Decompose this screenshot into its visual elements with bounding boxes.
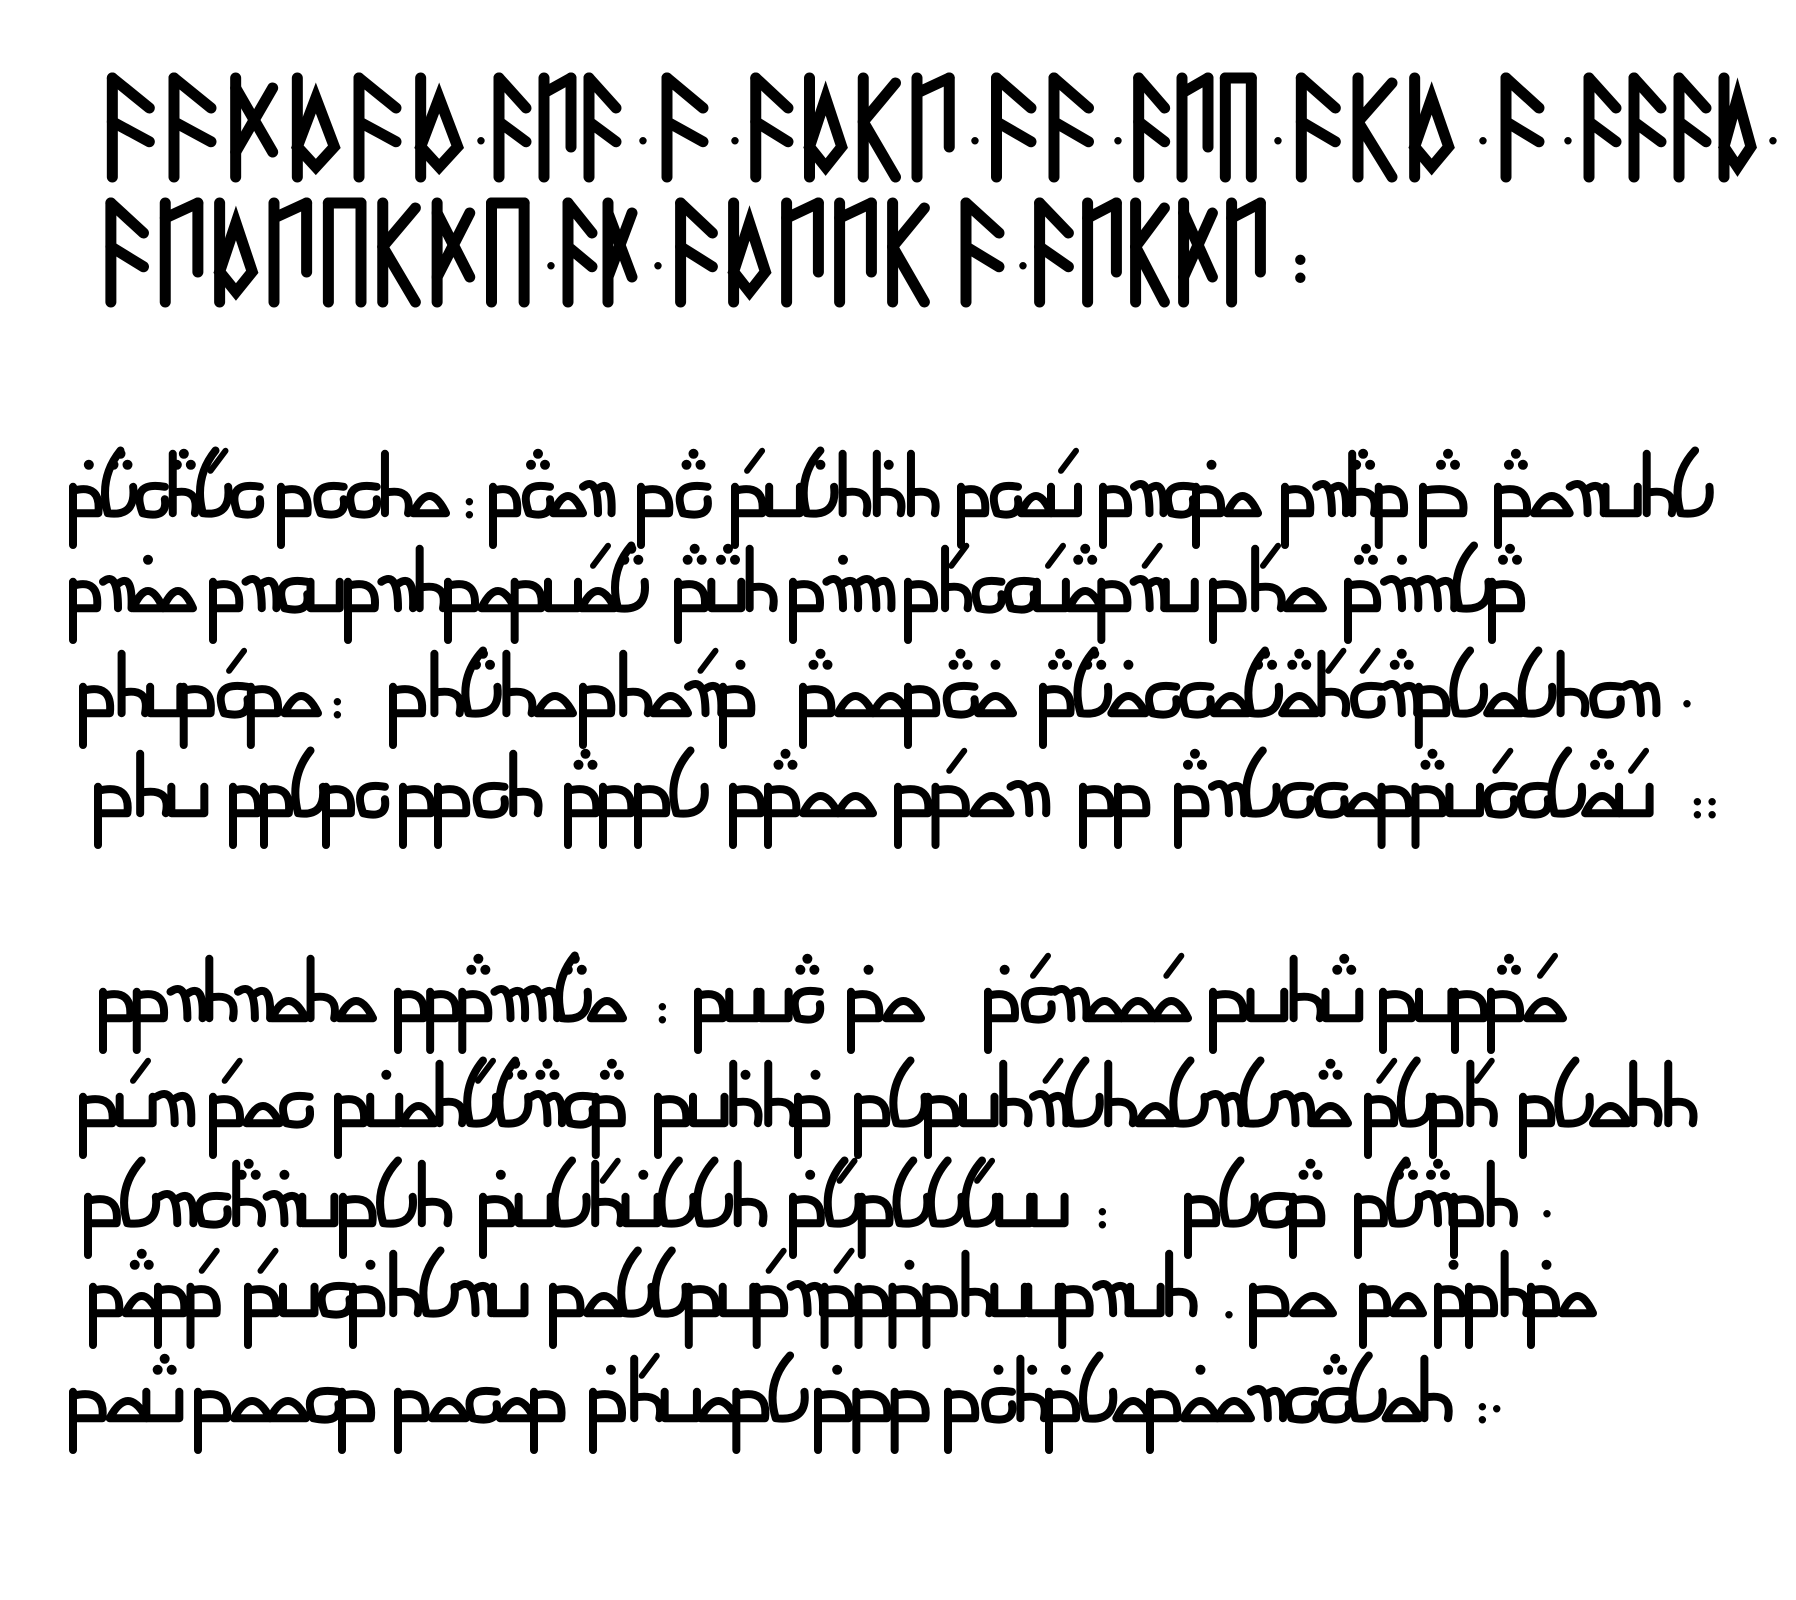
punctuation-mark: : [330,685,345,725]
rune-word [655,70,715,185]
word-separator-dot: · [474,122,488,162]
scanned-page: ············: ::·:: ::·.:· Scanned calli… [0,0,1796,1600]
rune-line: ···: [0,195,1796,310]
tengwar-word [400,745,540,855]
tengwar-word [895,745,1045,855]
punctuation-mark: :· [1475,1390,1504,1430]
tengwar-word [80,1055,190,1165]
tengwar-line: : [0,950,1796,1060]
tengwar-line: : [0,445,1796,555]
word-separator-dot: · [651,247,665,287]
tengwar-word [230,745,385,855]
end-mark: : [1290,235,1311,291]
punctuation-mark: · [1540,1195,1554,1235]
tengwar-word [565,745,705,855]
word-separator-dot: · [1111,122,1125,162]
rune-word [490,70,625,185]
rune-word [100,70,470,185]
rune-word [670,195,935,310]
tengwar-word [70,445,260,555]
tengwar-word [1100,445,1255,555]
document-description: Scanned calligraphy specimen: two lines … [0,0,1,1]
tengwar-line [0,540,1796,650]
tengwar-word [70,1350,180,1460]
word-separator-dot: · [544,247,558,287]
tengwar-word [335,1055,625,1165]
tengwar-word [790,540,890,650]
tengwar-word [580,645,755,755]
word-separator-dot: · [1561,122,1575,162]
punctuation-mark: :: [1690,785,1720,825]
word-separator-dot: · [1766,122,1780,162]
word-separator-dot: · [1476,122,1490,162]
tengwar-word [1040,645,1655,755]
tengwar-word [848,950,918,1060]
tengwar-line: :· [0,645,1796,755]
tengwar-word [958,445,1078,555]
tengwar-word [1345,540,1525,650]
word-separator-dot: · [1016,247,1030,287]
punctuation-mark: : [462,485,477,525]
rune-word [1130,70,1260,185]
tengwar-word [390,645,570,755]
tengwar-word [800,645,1010,755]
tengwar-word [675,540,775,650]
punctuation-mark: . [1222,1285,1236,1325]
tengwar-word [905,540,1195,650]
rune-line: ········· [0,70,1796,185]
tengwar-word [1250,1245,1330,1355]
word-separator-dot: · [728,122,742,162]
punctuation-mark: : [1095,1195,1110,1235]
tengwar-word [655,1055,830,1165]
tengwar-word [345,540,645,650]
tengwar-word [80,645,315,755]
tengwar-word [945,1350,1450,1460]
tengwar-word [985,950,1185,1060]
rune-word [100,195,535,310]
tengwar-word [730,745,870,855]
tengwar-word [695,950,820,1060]
word-separator-dot: · [1271,122,1285,162]
rune-word [1495,70,1550,185]
tengwar-word [245,1245,525,1355]
tengwar-word [70,540,190,650]
tengwar-word [1495,445,1710,555]
tengwar-word [210,1055,310,1165]
tengwar-word [278,445,443,555]
tengwar-word [638,445,708,555]
tengwar-word [490,445,610,555]
tengwar-word [1360,1245,1420,1355]
tengwar-word [1080,745,1150,855]
tengwar-word [90,1245,220,1355]
rune-word [745,70,960,185]
tengwar-word [1282,445,1407,555]
tengwar-line: :: [0,745,1796,855]
rune-word [1030,195,1270,310]
tengwar-word [1175,745,1650,855]
tengwar-word [1435,1245,1590,1355]
punctuation-mark: · [1680,685,1694,725]
tengwar-line [0,1055,1796,1165]
tengwar-word [855,1055,1345,1165]
tengwar-word [1210,540,1320,650]
rune-word [985,70,1100,185]
tengwar-line: :· [0,1350,1796,1460]
tengwar-word [100,950,370,1060]
tengwar-word [95,745,205,855]
word-separator-dot: · [636,122,650,162]
tengwar-word [395,1350,565,1460]
tengwar-word [195,1350,375,1460]
rune-word [1580,70,1760,185]
rune-word [560,195,640,310]
tengwar-word [550,1245,1195,1355]
tengwar-word [1420,445,1470,555]
punctuation-mark: : [655,990,670,1030]
tengwar-word [590,1350,805,1460]
tengwar-word [815,1350,930,1460]
tengwar-word [210,540,340,650]
rune-word [1290,70,1460,185]
tengwar-line: . [0,1245,1796,1355]
tengwar-word [1520,1055,1695,1165]
tengwar-word [1365,1055,1495,1165]
tengwar-word [1210,950,1360,1060]
word-separator-dot: · [968,122,982,162]
tengwar-word [395,950,620,1060]
tengwar-word [1380,950,1560,1060]
rune-word [955,195,1010,310]
tengwar-word [732,445,937,555]
